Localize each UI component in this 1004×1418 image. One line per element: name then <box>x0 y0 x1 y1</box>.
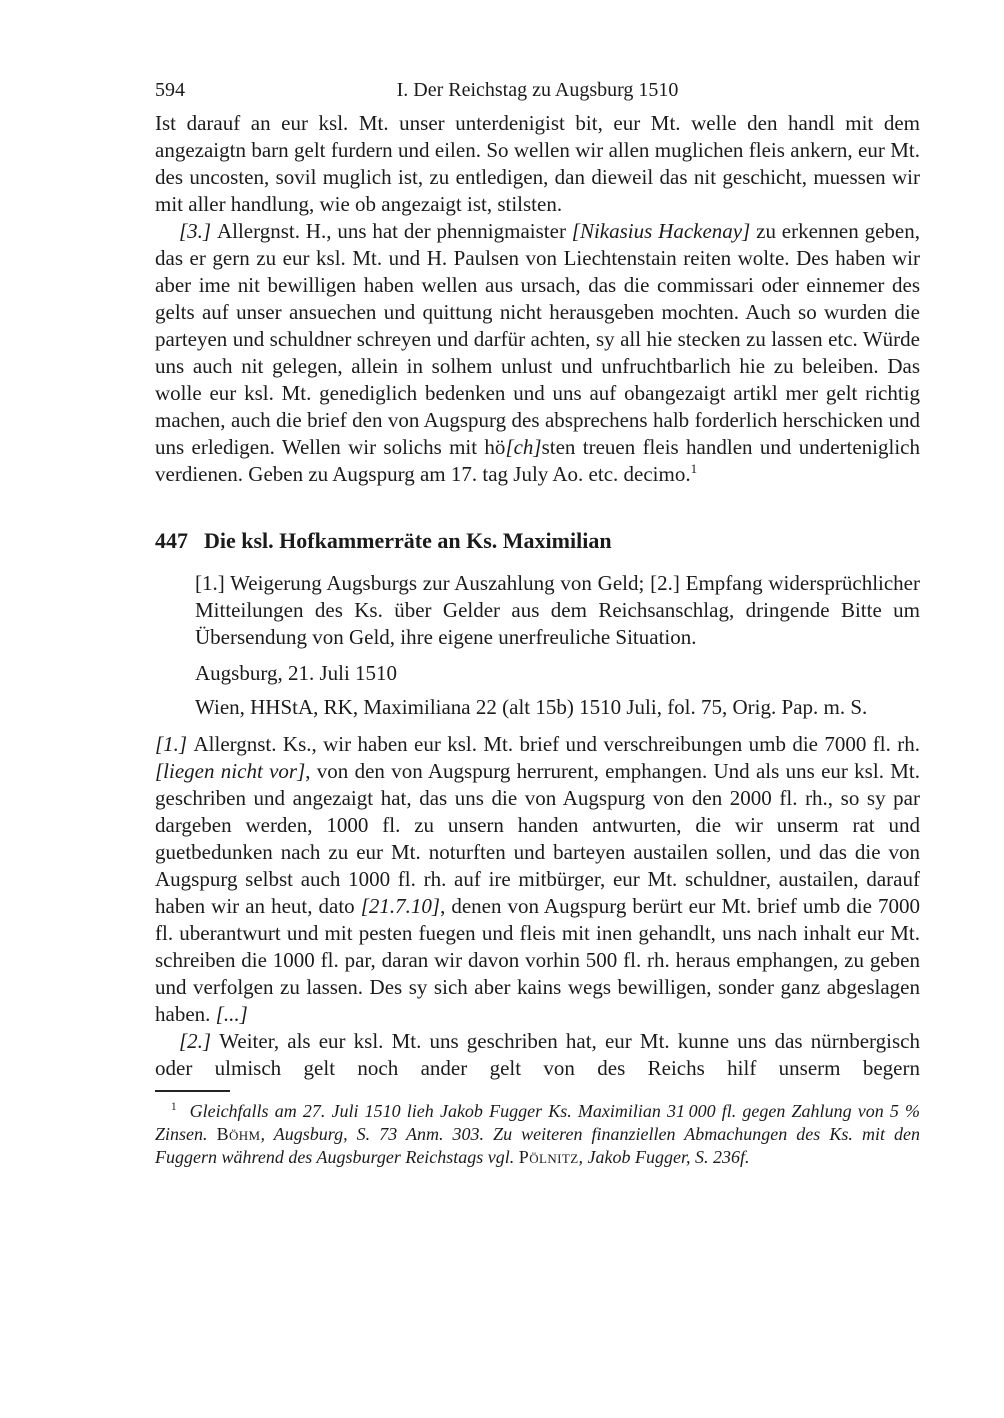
footnote-text: 1Gleichfalls am 27. Juli 1510 lieh Jakob… <box>155 1100 920 1169</box>
text-run: [21.7.10] <box>361 894 440 918</box>
section-number: 447 <box>155 526 204 556</box>
text-run: Böhm <box>217 1124 261 1144</box>
text-run: Allergnst. Ks., wir haben eur ksl. Mt. b… <box>193 732 920 756</box>
archive-reference: Wien, HHStA, RK, Maximiliana 22 (alt 15b… <box>195 694 920 721</box>
date-line: Augsburg, 21. Juli 1510 <box>195 660 920 687</box>
text-run: [1.] Weigerung Augsburgs zur Auszahlung … <box>195 571 920 649</box>
text-run: Wien, HHStA, RK, Maximiliana 22 (alt 15b… <box>195 695 867 719</box>
text-run: [1.] <box>155 732 193 756</box>
paragraph-1: [1.] Allergnst. Ks., wir haben eur ksl. … <box>155 731 920 1028</box>
summary-paragraph: [1.] Weigerung Augsburgs zur Auszahlung … <box>195 570 920 651</box>
text-run: [ch] <box>505 435 541 459</box>
running-head: I. Der Reichstag zu Augsburg 1510 <box>155 78 920 102</box>
footnote-marker: 1 <box>171 1101 177 1113</box>
text-run: zu erkennen geben, das er gern zu eur ks… <box>155 219 920 459</box>
footnote-marker: 1 <box>691 461 698 476</box>
text-run: Weiter, als eur ksl. Mt. uns geschriben … <box>155 1029 920 1080</box>
section-title: Die ksl. Hofkammerräte an Ks. Maximilian <box>204 526 920 556</box>
text-run: [2.] <box>179 1029 219 1053</box>
text-run: Pölnitz <box>519 1147 579 1167</box>
section-heading: 447Die ksl. Hofkammerräte an Ks. Maximil… <box>155 526 920 556</box>
text-run: [Nikasius Hackenay] <box>572 219 750 243</box>
text-run: [liegen nicht vor] <box>155 759 305 783</box>
paragraph-2: [2.] Weiter, als eur ksl. Mt. uns geschr… <box>155 1028 920 1082</box>
paragraph-3: [3.] Allergnst. H., uns hat der phennigm… <box>155 218 920 488</box>
text-run: Ist darauf an eur ksl. Mt. unser unterde… <box>155 111 920 216</box>
text-run: Allergnst. H., uns hat der phennigmaiste… <box>217 219 572 243</box>
paragraph-continuation: Ist darauf an eur ksl. Mt. unser unterde… <box>155 110 920 218</box>
text-run: [...] <box>216 1002 248 1026</box>
footnote-separator <box>155 1090 230 1092</box>
book-page: 594 I. Der Reichstag zu Augsburg 1510 Is… <box>0 0 1004 1418</box>
text-run: [3.] <box>179 219 217 243</box>
text-run: Augsburg, 21. Juli 1510 <box>195 661 397 685</box>
footnote: 1Gleichfalls am 27. Juli 1510 lieh Jakob… <box>155 1090 920 1169</box>
text-block: Ist darauf an eur ksl. Mt. unser unterde… <box>155 110 920 1169</box>
text-run: , Jakob Fugger, S. 236f. <box>579 1147 750 1167</box>
